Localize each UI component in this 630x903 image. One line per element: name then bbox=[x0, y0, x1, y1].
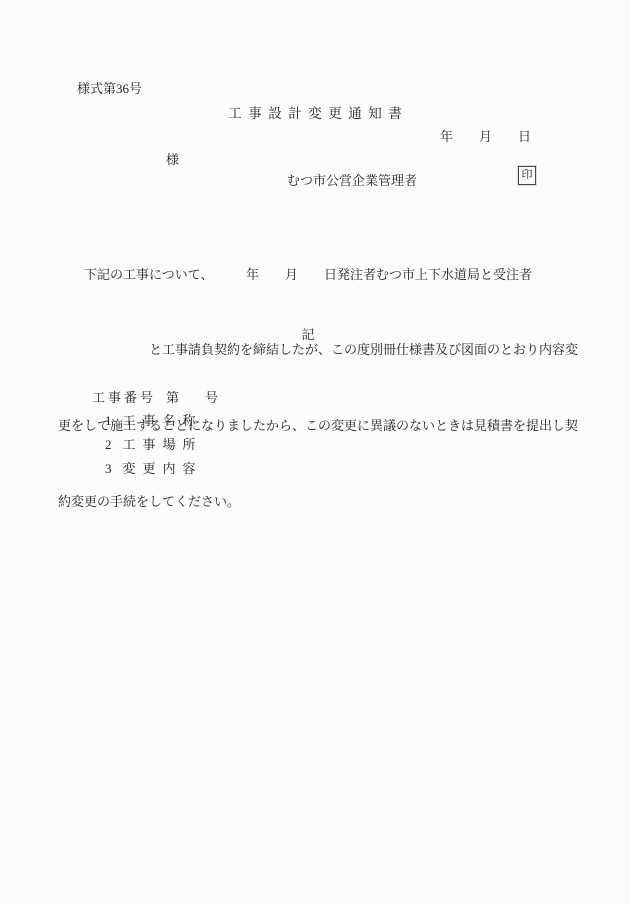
document-page: 様式第36号 工事設計変更通知書 年 月 日 様 むつ市公営企業管理者 印 下記… bbox=[0, 0, 630, 903]
body-line-1: 下記の工事について、 年 月 日発注者むつ市上下水道局と受注者 bbox=[58, 262, 582, 287]
document-title: 工事設計変更通知書 bbox=[0, 102, 630, 122]
seal-box: 印 bbox=[518, 166, 536, 185]
recipient-honorific: 様 bbox=[166, 149, 179, 168]
issuer-name: むつ市公営企業管理者 bbox=[287, 170, 417, 189]
detail-item-number: 3 bbox=[105, 461, 112, 477]
seal-label: 印 bbox=[522, 170, 533, 181]
body-line-4: 約変更の手続をしてください。 bbox=[58, 489, 582, 514]
date-line: 年 月 日 bbox=[440, 126, 531, 145]
detail-item-change-contents: 3変更内容 bbox=[92, 442, 203, 493]
record-marker: 記 bbox=[0, 324, 616, 343]
form-number: 様式第36号 bbox=[77, 78, 142, 97]
detail-item-label: 変更内容 bbox=[123, 461, 203, 476]
